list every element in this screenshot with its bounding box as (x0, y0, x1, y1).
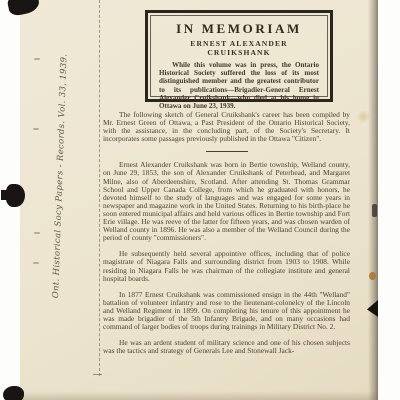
memoriam-title: IN MEMORIAM (159, 22, 319, 36)
paper-stain-yellow (356, 110, 371, 123)
body-paragraph: He was an ardent student of military sci… (103, 339, 350, 355)
ink-blot-middle-left (6, 184, 25, 207)
body-paragraph: He subsequently held several appointive … (103, 250, 350, 282)
main-text-column: The following sketch of General Cruiksha… (103, 111, 350, 363)
ink-blot-bottom-left (3, 386, 24, 400)
binding-mark (33, 262, 39, 264)
memoriam-inner-frame: IN MEMORIAM ERNEST ALEXANDER CRUIKSHANK … (150, 15, 328, 97)
intro-paragraph: The following sketch of General Cruiksha… (103, 111, 350, 143)
binding-mark (33, 128, 39, 130)
memoriam-subtitle: ERNEST ALEXANDER CRUIKSHANK (159, 39, 319, 57)
paper-stain-orange (369, 272, 376, 280)
binding-mark (34, 58, 40, 60)
body-paragraph: In 1877 Ernest Cruikshank was commission… (103, 291, 350, 331)
fold-crease-foot (93, 374, 102, 375)
binding-mark (34, 232, 40, 234)
fold-crease-line (99, 0, 100, 376)
page-bottom-shadow (20, 391, 378, 400)
page-right-edge-shadow (368, 0, 378, 400)
edge-tear-mark-small (372, 204, 377, 217)
section-divider-rule (206, 151, 248, 152)
memoriam-body-text: While this volume was in press, the Onta… (159, 61, 319, 110)
body-paragraph: Ernest Alexander Cruikshank was born in … (103, 161, 350, 242)
memoriam-notice-box: IN MEMORIAM ERNEST ALEXANDER CRUIKSHANK … (145, 10, 333, 102)
scanned-page: Ont. Historical Socy Papers - Records. V… (0, 0, 400, 400)
